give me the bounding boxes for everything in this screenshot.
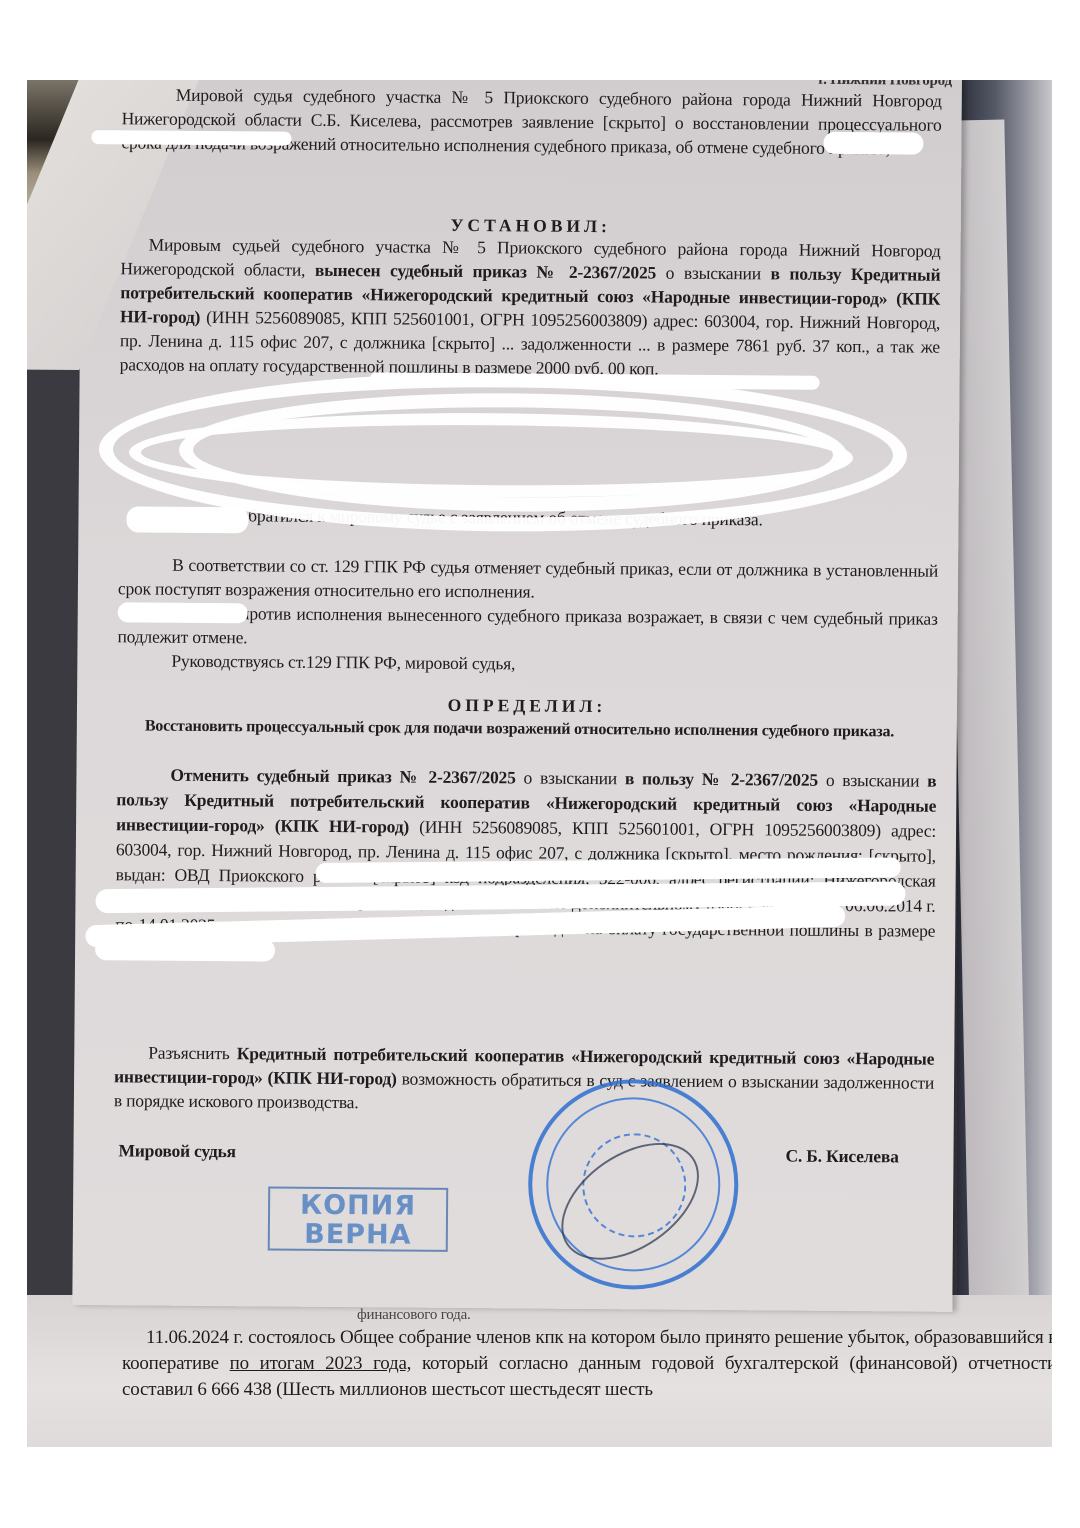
court-order-number: вынесен судебный приказ № 2-2367/2025	[315, 260, 656, 283]
text-span: Разъяснить	[148, 1043, 237, 1064]
intro-paragraph: Мировой судья судебного участка № 5 Прио…	[121, 82, 942, 160]
opredelil-paragraph-1: Восстановить процессуальный срок для под…	[117, 714, 937, 744]
text-span: о взыскании	[818, 770, 927, 791]
text-span: о взыскании	[516, 767, 625, 788]
court-ruling-page: г. Нижний Новгород Мировой судья судебно…	[72, 80, 962, 1312]
stamp-line-1: КОПИЯ	[270, 1191, 446, 1221]
redaction	[823, 132, 923, 155]
stamp-line-2: ВЕРНА	[270, 1220, 446, 1250]
redaction	[95, 938, 275, 961]
opredelil-paragraph-3: Разъяснить Кредитный потребительский коо…	[114, 1040, 935, 1118]
ustanovil-paragraph-5: Руководствуясь ст.129 ГПК РФ, мировой су…	[117, 648, 937, 678]
lower-page-underlined: по итогам 2023 года,	[230, 1353, 412, 1374]
redaction	[91, 130, 291, 146]
redaction	[126, 506, 248, 533]
ustanovil-paragraph-3: В соответствии со ст. 129 ГПК РФ судья о…	[118, 552, 938, 606]
ustanovil-paragraph-1: Мировым судьей судебного участка № 5 При…	[120, 232, 941, 382]
redaction	[118, 602, 248, 623]
document-photo: финансового года. 11.06.2024 г. состояло…	[27, 80, 1052, 1447]
copy-verified-stamp: КОПИЯ ВЕРНА	[268, 1186, 448, 1251]
signature-role: Мировой судья	[118, 1138, 236, 1163]
text-span: о взыскании	[656, 263, 771, 284]
lower-page-paragraph: 11.06.2024 г. состоялось Общее собрание …	[122, 1325, 1052, 1403]
lower-page: финансового года. 11.06.2024 г. состояло…	[27, 1295, 1052, 1447]
text-span-bold: в пользу № 2-2367/2025	[625, 768, 818, 790]
cancel-order-text: Отменить судебный приказ № 2-2367/2025	[170, 765, 515, 788]
text-span: (ИНН 5256089085, КПП 525601001, ОГРН 109…	[120, 307, 941, 379]
signature-name: С. Б. Киселева	[785, 1144, 898, 1169]
